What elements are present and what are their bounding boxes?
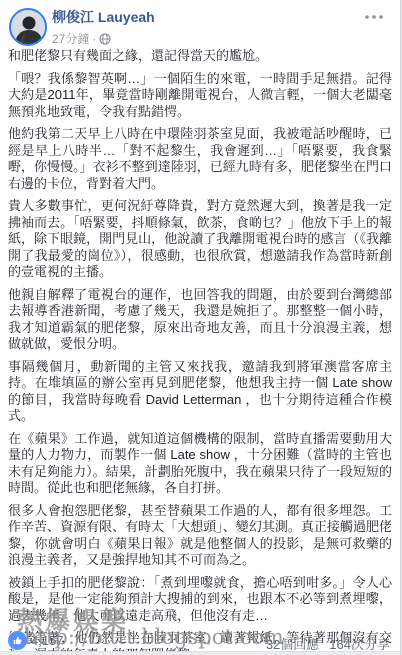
post-paragraph: 「喂？我係黎智英啊…」一個陌生的來電，一時間手足無措。記得大約是2011年，畢竟… <box>8 71 392 121</box>
ellipsis-icon <box>364 13 384 21</box>
post-paragraph: 被鎖上手扣的肥佬黎說：「煮到埋嚟就食，擔心唔到咁多。」令人心酸是，是他一定能夠預… <box>8 575 392 625</box>
facebook-post-card: 柳俊江 Lauyeah 27分鐘 · 和肥佬黎只 <box>0 0 401 655</box>
post-paragraph: 事隔幾個月，動新聞的主管又來找我，邀請我到將軍澳當客席主持。在堆填區的辦公室再見… <box>8 359 392 425</box>
person-silhouette-icon <box>11 10 45 44</box>
post-paragraph: 和肥佬黎只有幾面之緣，還記得當天的尷尬。 <box>8 48 392 65</box>
header-meta: 柳俊江 Lauyeah 27分鐘 · <box>52 9 155 47</box>
more-options-button[interactable] <box>361 10 387 24</box>
post-paragraph: 在《蘋果》工作過，就知道這個機構的限制，當時直播需要動用大量的人力物力，而製作一… <box>8 431 392 497</box>
avatar[interactable] <box>9 8 47 46</box>
post-body: 和肥佬黎只有幾面之緣，還記得當天的尷尬。 「喂？我係黎智英啊…」一個陌生的來電，… <box>0 48 400 655</box>
like-count: 4,157 <box>31 633 64 648</box>
like-count-row[interactable]: 4,157 <box>8 631 64 650</box>
post-paragraph: 他親自解釋了電視台的運作，也回答我的問題，由於要到台灣總部去報導香港新聞，考慮了… <box>8 287 392 353</box>
globe-icon <box>99 33 111 45</box>
post-paragraph: 他約我第二天早上八時在中環陸羽茶室見面，我被電話吵醒時，已經是早上八時半…「對不… <box>8 126 392 192</box>
timestamp-row[interactable]: 27分鐘 · <box>52 30 155 47</box>
timestamp[interactable]: 27分鐘 <box>52 30 89 47</box>
author-name[interactable]: 柳俊江 Lauyeah <box>52 9 155 25</box>
bottom-divider <box>0 651 400 655</box>
post-header: 柳俊江 Lauyeah 27分鐘 · <box>0 0 400 48</box>
like-icon <box>8 631 27 650</box>
meta-separator: · <box>92 32 96 46</box>
post-paragraph: 貴人多數事忙，更何況紆尊降貴，對方竟然遲大到，換著是我一定拂袖而去。「唔緊要，抖… <box>8 198 392 281</box>
post-paragraph: 很多人會抱怨肥佬黎，甚至替蘋果工作過的人，都有很多埋怨。工作辛苦、資源有限、有時… <box>8 503 392 569</box>
